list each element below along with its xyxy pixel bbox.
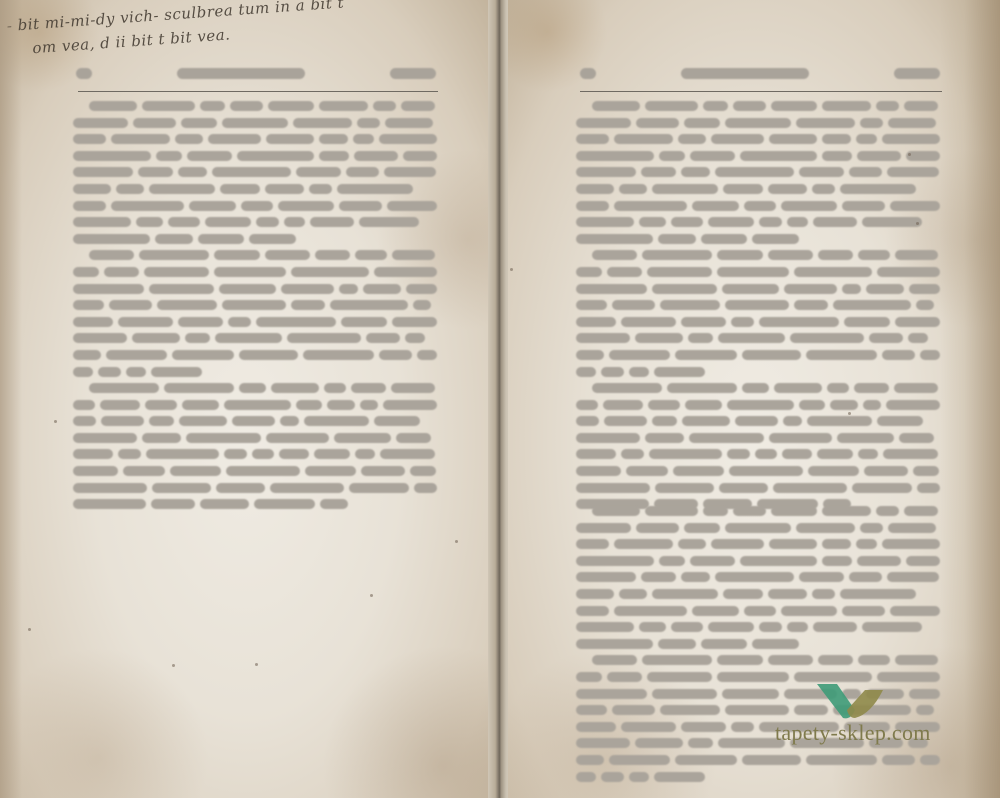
smudged-text-line bbox=[576, 638, 940, 650]
smudged-text-line bbox=[576, 555, 940, 567]
smudged-text-line bbox=[576, 538, 940, 550]
smudged-text-line bbox=[576, 133, 940, 145]
smudged-text-line bbox=[73, 349, 437, 361]
smudged-text-line bbox=[576, 216, 940, 228]
smudged-text-line bbox=[576, 150, 940, 162]
smudged-text-line bbox=[73, 299, 437, 311]
smudged-text-line bbox=[576, 771, 940, 783]
smudged-text-line bbox=[576, 283, 940, 295]
right-page bbox=[508, 0, 1000, 798]
book-spread: - bit mi-mi-dy vich- sculbrea tum in a b… bbox=[0, 0, 1000, 798]
smudged-text-line bbox=[576, 432, 940, 444]
smudged-text-line bbox=[576, 299, 940, 311]
smudged-text-line bbox=[73, 366, 437, 378]
watermark-text: tapety-sklep.com bbox=[775, 720, 931, 746]
watermark: tapety-sklep.com bbox=[775, 680, 965, 750]
smudged-text-block bbox=[576, 100, 940, 515]
smudged-text-line bbox=[576, 316, 940, 328]
running-title bbox=[681, 68, 809, 79]
smudged-text-line bbox=[73, 233, 437, 245]
smudged-text-line bbox=[73, 150, 437, 162]
page-number bbox=[76, 68, 92, 79]
smudged-text-line bbox=[73, 432, 437, 444]
smudged-text-line bbox=[73, 448, 437, 460]
running-head bbox=[76, 65, 436, 81]
smudged-text-line bbox=[576, 366, 940, 378]
header-rule bbox=[580, 91, 942, 92]
smudged-text-line bbox=[576, 349, 940, 361]
smudged-text-line bbox=[73, 216, 437, 228]
smudged-text-line bbox=[576, 571, 940, 583]
smudged-text-line bbox=[73, 382, 437, 394]
smudged-text-line bbox=[73, 465, 437, 477]
smudged-text-line bbox=[73, 117, 437, 129]
smudged-text-line bbox=[73, 498, 437, 510]
smudged-text-line bbox=[576, 249, 940, 261]
smudged-text-line bbox=[576, 183, 940, 195]
page-number bbox=[580, 68, 596, 79]
chapter-label bbox=[894, 68, 940, 79]
smudged-text-line bbox=[576, 505, 940, 517]
running-title bbox=[177, 68, 305, 79]
smudged-text-line bbox=[73, 183, 437, 195]
smudged-text-line bbox=[576, 382, 940, 394]
handwritten-note: - bit mi-mi-dy vich- sculbrea tum in a b… bbox=[6, 0, 428, 62]
smudged-text-line bbox=[73, 415, 437, 427]
smudged-text-line bbox=[73, 332, 437, 344]
header-rule bbox=[78, 91, 438, 92]
smudged-text-line bbox=[576, 415, 940, 427]
smudged-text-line bbox=[576, 166, 940, 178]
smudged-text-block bbox=[73, 100, 437, 515]
smudged-text-line bbox=[576, 100, 940, 112]
smudged-text-line bbox=[576, 621, 940, 633]
smudged-text-line bbox=[73, 200, 437, 212]
smudged-text-line bbox=[73, 166, 437, 178]
smudged-text-line bbox=[576, 200, 940, 212]
smudged-text-line bbox=[73, 482, 437, 494]
v-ribbon-logo-icon bbox=[815, 680, 885, 722]
smudged-text-line bbox=[576, 482, 940, 494]
smudged-text-line bbox=[576, 588, 940, 600]
chapter-label bbox=[390, 68, 436, 79]
smudged-text-line bbox=[576, 522, 940, 534]
smudged-text-line bbox=[576, 654, 940, 666]
smudged-text-line bbox=[73, 249, 437, 261]
smudged-text-line bbox=[73, 399, 437, 411]
smudged-text-line bbox=[73, 133, 437, 145]
smudged-text-line bbox=[576, 233, 940, 245]
smudged-text-line bbox=[576, 266, 940, 278]
smudged-text-line bbox=[576, 754, 940, 766]
smudged-text-line bbox=[73, 266, 437, 278]
smudged-text-line bbox=[73, 100, 437, 112]
left-page: - bit mi-mi-dy vich- sculbrea tum in a b… bbox=[0, 0, 492, 798]
smudged-text-line bbox=[73, 316, 437, 328]
smudged-text-line bbox=[576, 399, 940, 411]
smudged-text-line bbox=[576, 332, 940, 344]
running-head bbox=[580, 65, 940, 81]
smudged-text-line bbox=[576, 465, 940, 477]
smudged-text-line bbox=[576, 605, 940, 617]
smudged-text-line bbox=[576, 117, 940, 129]
smudged-text-line bbox=[73, 283, 437, 295]
smudged-text-line bbox=[576, 448, 940, 460]
